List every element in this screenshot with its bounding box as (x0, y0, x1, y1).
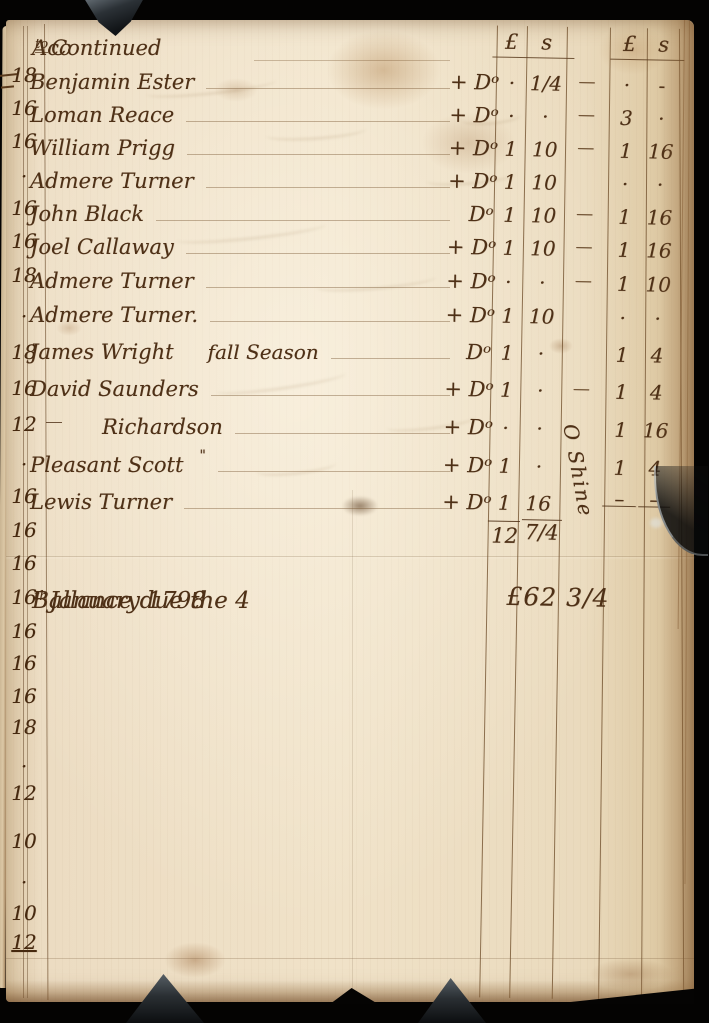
amount-shillings: · (521, 454, 557, 479)
amount-shillings: 10 (525, 203, 561, 228)
amount-pounds: 1 (495, 203, 523, 228)
amount-gap-dash (561, 342, 603, 343)
amount-pounds-2: · (610, 73, 644, 98)
amount-pounds-2: 1 (603, 418, 637, 443)
amount-gap-dash (560, 417, 602, 418)
amount-pounds-2: 1 (605, 343, 639, 368)
amount-pounds: · (491, 416, 519, 441)
entry-dash-leader (218, 470, 450, 472)
entry-name: Admere Turner. (30, 303, 198, 327)
ledger-entry: John Black (30, 202, 454, 232)
ditto-mark: + Dᵒ (449, 103, 495, 128)
amount-shillings: 1/4 (528, 71, 564, 96)
amount-pounds: · (498, 71, 526, 96)
balance-statement: Ballance due the 4thJanuary 1798 (32, 588, 50, 614)
entry-dash-leader (206, 286, 450, 288)
amount-pounds: · (494, 270, 522, 295)
amount-row: + Dᵒ110·· (449, 303, 689, 331)
entry-name: Benjamin Ester (30, 70, 194, 94)
amount-row: Dᵒ1·14 (449, 340, 689, 368)
ledger-entry: David Saunders (30, 377, 454, 407)
entry-name: James Wright (30, 340, 174, 364)
ditto-mark: + Dᵒ (450, 70, 496, 95)
entry-name: Joel Callaway (30, 235, 174, 259)
ledger-entry: Joel Callaway (30, 235, 454, 265)
amount-row: + Dᵒ1·—14 (448, 377, 688, 405)
amount-gap-dash: — (565, 105, 607, 126)
entry-note: fall Season (208, 340, 319, 364)
entry-name: William Prigg (30, 136, 175, 160)
entry-name: Admere Turner (30, 269, 194, 293)
amount-pounds: 1 (493, 304, 521, 329)
ledger-entry: Lewis Turner (30, 490, 454, 520)
amount-pounds: 1 (491, 454, 519, 479)
ditto-mark: Dᵒ (445, 340, 491, 365)
amount-row: + Dᵒ110—116 (453, 136, 693, 164)
amount-row: + Dᵒ110—116 (451, 235, 691, 263)
amount-pounds-2: – (602, 493, 636, 508)
ledger-entry: Admere Turner (30, 169, 454, 199)
amount-row: + Dᵒ·1/4—·- (454, 70, 694, 98)
amount-pounds: 1 (496, 170, 524, 195)
entry-name: Loman Reace (30, 103, 174, 127)
amount-shillings: 10 (523, 304, 559, 329)
ditto-mark: + Dᵒ (445, 303, 491, 328)
entry-dash-leader (186, 120, 450, 122)
ledger-page: AcctoContinued 181616·161618·181612·1616… (6, 20, 694, 1002)
amount-pounds-2: · (608, 172, 642, 197)
entry-dash-leader (206, 87, 450, 89)
amount-pounds: 1 (495, 236, 523, 261)
ledger-entry: Loman Reace (30, 103, 454, 133)
amount-pounds-2: 1 (603, 456, 637, 481)
amount-shillings: 10 (527, 137, 563, 162)
ditto-mark: + Dᵒ (448, 169, 494, 194)
ledger-entry: Pleasant Scott" (30, 453, 454, 483)
amount-pounds-2: 1 (604, 380, 638, 405)
entry-dash-leader (211, 394, 450, 396)
amount-gap-dash: — (565, 138, 607, 159)
amount-pounds-2: 1 (609, 139, 643, 164)
amount-pounds: 1 (493, 341, 521, 366)
amount-gap-dash: — (560, 379, 602, 400)
ditto-mark: + Dᵒ (443, 415, 489, 440)
balance-superscript: th (34, 589, 48, 604)
amount-pounds-2: 1 (607, 205, 641, 230)
ledger-entry: Admere Turner (30, 269, 454, 299)
amount-pounds-2: 1 (606, 272, 640, 297)
ditto-mark: + Dᵒ (449, 136, 495, 161)
amount-pounds: · (497, 104, 525, 129)
amount-pounds: 1 (492, 378, 520, 403)
amount-pounds: 1 (497, 137, 525, 162)
ledger-entry: Richardson (30, 415, 454, 445)
entry-name: David Saunders (30, 377, 199, 401)
totals-shillings: 7/4 (521, 520, 561, 545)
amount-shillings: 16 (520, 491, 556, 516)
amount-shillings: 10 (526, 170, 562, 195)
amount-row: + Dᵒ110·· (452, 169, 692, 197)
ditto-mark: + Dᵒ (442, 490, 488, 515)
ledger-entry: William Prigg (30, 136, 454, 166)
ledger-entry: James Wrightfall Season (30, 340, 454, 370)
ditto-mark: + Dᵒ (446, 269, 492, 294)
amount-pounds-2: 3 (609, 106, 643, 131)
amount-pounds: 1 (490, 491, 518, 516)
amount-shillings: · (527, 104, 563, 129)
balance-amount: £62 3/4 (506, 582, 647, 614)
entry-dash-leader (235, 432, 450, 434)
ditto-mark: + Dᵒ (444, 377, 490, 402)
ledger-entry: Benjamin Ester (30, 70, 454, 100)
entry-name: Richardson (102, 415, 223, 439)
amount-gap-dash (564, 171, 606, 172)
entry-dash-leader (206, 186, 450, 188)
amount-shillings: 10 (525, 236, 561, 261)
entry-dash-leader (331, 357, 450, 359)
ledger-entry: Admere Turner. (30, 303, 454, 333)
amount-gap-dash: — (566, 72, 608, 93)
entry-dash-leader (184, 507, 450, 509)
amount-pounds-2: · (605, 306, 639, 331)
ditto-mark: + Dᵒ (443, 453, 489, 478)
entry-dash-leader (186, 252, 450, 254)
amount-row: Dᵒ110—116 (451, 202, 691, 230)
amount-gap-dash (562, 305, 604, 306)
amount-shillings: · (522, 378, 558, 403)
page-holder-clip-right (648, 452, 709, 560)
entry-name: Pleasant Scott (30, 453, 183, 477)
amount-gap-dash: — (563, 204, 605, 225)
amount-shillings: · (524, 270, 560, 295)
ditto-quote-mark: " (199, 448, 205, 464)
entry-dash-leader (156, 219, 450, 221)
entry-dash-leader (187, 153, 450, 155)
photographed-ledger-page: AcctoContinued 181616·161618·181612·1616… (0, 0, 709, 1023)
amount-row: + Dᵒ··—3· (453, 103, 693, 131)
amount-gap-dash: — (563, 237, 605, 258)
amount-shillings: · (521, 416, 557, 441)
ditto-mark: + Dᵒ (447, 235, 493, 260)
amount-pounds-2: 1 (607, 238, 641, 263)
balance-text: January 1798 (50, 588, 206, 614)
entry-name: Admere Turner (30, 169, 194, 193)
entry-name: Lewis Turner (30, 490, 172, 514)
amount-shillings: · (523, 341, 559, 366)
amount-gap-dash: — (562, 271, 604, 292)
entry-dash-leader (210, 320, 450, 322)
amount-row: + Dᵒ··—110 (450, 269, 690, 297)
totals-pounds: 12 (489, 524, 519, 549)
entry-name: John Black (30, 202, 144, 226)
ditto-mark: Dᵒ (447, 202, 493, 227)
